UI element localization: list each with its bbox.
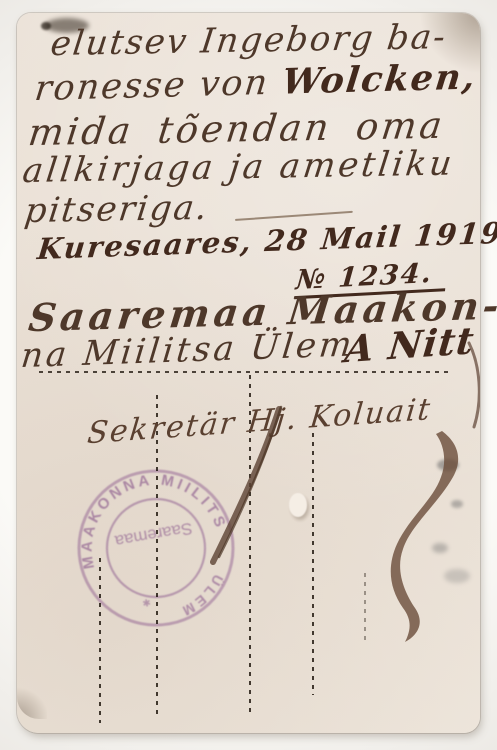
postcard: MAAKONNA MIILITS ÜLEM Saaremaa ✱ elutsev… — [17, 13, 480, 733]
chief-signature-tail — [469, 343, 479, 427]
signature-descender-stroke — [213, 409, 279, 562]
ink-flourishes — [17, 13, 480, 733]
ribbon-flourish — [391, 431, 458, 642]
